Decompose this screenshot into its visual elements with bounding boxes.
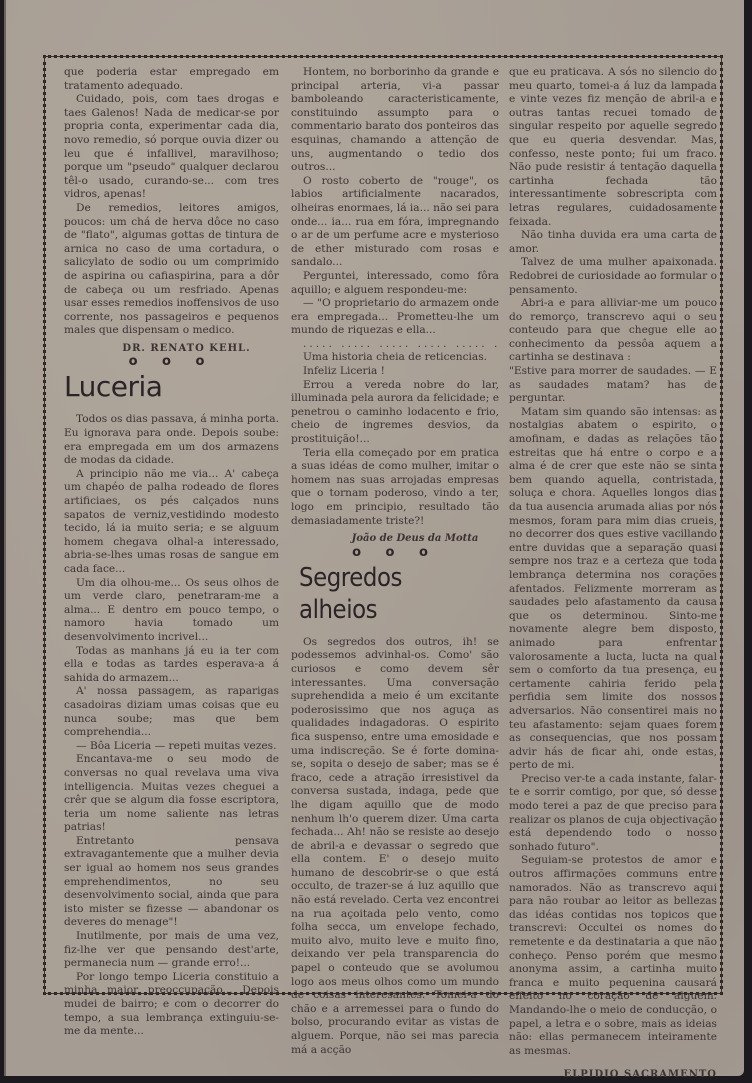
paragraph: "Estive para morrer de saudades. — E as … — [509, 365, 717, 406]
paragraph: Talvez de uma mulher apaixonada. Redobre… — [509, 256, 717, 297]
article-title-segredos-alheios: Segredos alheios — [299, 562, 475, 626]
paragraph: Inutilmente, por mais de uma vez, fiz-lh… — [64, 930, 279, 971]
paragraph: Uma historia cheia de reticencias. — [291, 351, 499, 365]
column-1: que poderia estar empregado em tratament… — [64, 66, 279, 1039]
column-3: que eu praticava. A sós no silencio do m… — [509, 66, 717, 1082]
paragraph: A principio não me via... A' cabeça um c… — [64, 468, 279, 577]
paragraph: Infeliz Liceria ! — [291, 365, 499, 379]
paragraph: que eu praticava. A sós no silencio do m… — [509, 66, 717, 229]
paragraph: De remedios, leitores amigos, poucos: um… — [64, 202, 279, 338]
section-separator-dots: o o o — [64, 355, 279, 369]
paragraph: Os segredos dos outros, ih! se podessemo… — [291, 636, 499, 1057]
paragraph: Cuidado, pois, com taes drogas e taes Ga… — [64, 93, 279, 202]
paragraph: O rosto coberto de "rouge", os labios ar… — [291, 175, 499, 270]
paragraph: Matam sim quando são intensas: as nostal… — [509, 406, 717, 773]
paragraph: Um dia olhou-me... Os seus olhos de um v… — [64, 577, 279, 645]
paragraph: Entretanto pensava extravagantemente que… — [64, 835, 279, 930]
dotted-border-frame: que poderia estar empregado em tratament… — [43, 55, 723, 995]
paragraph: Encantava-me o seu modo de conversas no … — [64, 753, 279, 835]
paragraph: A' nossa passagem, as raparigas casadoir… — [64, 685, 279, 739]
paragraph: — "O proprietario do armazem onde era em… — [291, 297, 499, 338]
section-separator-dots: o o o — [291, 546, 499, 560]
paragraph: — Bôa Liceria — repeti muitas vezes. — [64, 740, 279, 754]
paragraph: Hontem, no borborinho da grande e princi… — [291, 66, 499, 175]
column-2: Hontem, no borborinho da grande e princi… — [291, 66, 499, 1057]
author-signature: ELPIDIO SACRAMENTO — [509, 1068, 717, 1082]
paragraph: Preciso ver-te a cada instante, falar-te… — [509, 773, 717, 855]
paragraph: Perguntei, interessado, como fôra aquill… — [291, 270, 499, 297]
paragraph: Todas as manhans já eu ia ter com ella e… — [64, 645, 279, 686]
paragraph: Seguiam-se protestos de amor e outros af… — [509, 854, 717, 1058]
newspaper-page: que poderia estar empregado em tratament… — [4, 0, 744, 1076]
ellipsis-line: ..... ..... ..... ..... ..... ..... — [291, 338, 499, 352]
author-signature: João de Deus da Motta — [291, 532, 499, 546]
author-signature: DR. RENATO KEHL. — [64, 342, 279, 356]
paragraph: Todos os dias passava, á minha porta. Eu… — [64, 413, 279, 467]
article-title-luceria: Luceria — [64, 371, 279, 403]
paragraph: Por longo tempo Liceria constituio a min… — [64, 971, 279, 1039]
paragraph: Abri-a e para alliviar-me um pouco do re… — [509, 297, 717, 365]
paragraph: Teria ella começado por em pratica a sua… — [291, 447, 499, 529]
paragraph: Não tinha duvida era uma carta de amor. — [509, 229, 717, 256]
paragraph: que poderia estar empregado em tratament… — [64, 66, 279, 93]
paragraph: Errou a vereda nobre do lar, illuminada … — [291, 379, 499, 447]
